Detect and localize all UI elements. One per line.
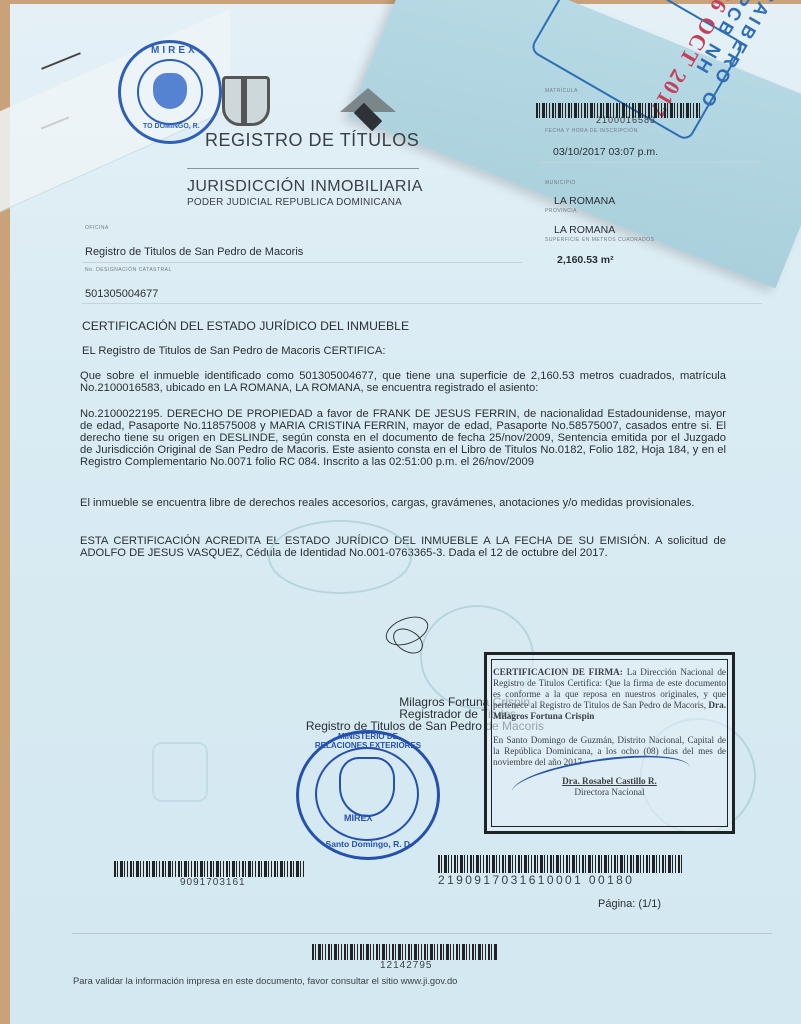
oficina-value: Registro de Titulos de San Pedro de Maco… [85,246,303,258]
barcode-left-number: 9091703161 [180,877,246,888]
municipio-label: MUNICIPIO [545,180,576,186]
designacion-value: 501305004677 [85,288,158,300]
fecha-label: FECHA Y HORA DE INSCRIPCIÓN [545,128,638,134]
provincia-label: PROVINCIA [545,208,577,214]
paragraph-property: Que sobre el inmueble identificado como … [80,370,726,394]
barcode-bottom [312,944,498,960]
barcode-right [438,855,684,873]
signature-certification-box: CERTIFICACION DE FIRMA: La Dirección Nac… [484,652,735,834]
barcode-right-number: 2190917031610001 00180 [438,873,634,887]
registry-title: REGISTRO DE TÍTULOS [205,130,419,151]
director-title: Directora Nacional [487,787,732,798]
fecha-value: 03/10/2017 03:07 p.m. [553,146,658,158]
certificate-heading: CERTIFICACIÓN DEL ESTADO JURÍDICO DEL IN… [82,319,409,333]
page-number: Página: (1/1) [598,898,661,910]
designacion-label: No. DESIGNACIÓN CATASTRAL [85,267,172,273]
barcode-left [114,861,304,877]
superficie-value: 2,160.53 m² [557,254,614,266]
field-divider [82,262,522,263]
field-divider [540,162,760,163]
jurisdiction-title: JURISDICCIÓN INMOBILIARIA [187,178,423,196]
paragraph-encumbrances: El inmueble se encuentra libre de derech… [80,497,726,509]
firma-text-1: CERTIFICACION DE FIRMA: La Dirección Nac… [493,667,726,722]
header-divider [187,168,419,169]
certificate-intro: EL Registro de Titulos de San Pedro de M… [82,345,385,357]
faint-watermark-seal [268,520,412,594]
oficina-label: OFICINA [85,225,109,231]
faint-coat-icon [152,742,208,802]
judicial-shield-icon [222,76,270,126]
director-name: Dra. Rosabel Castillo R. [487,776,732,787]
matricula-label: MATRÍCULA [545,88,578,94]
superficie-label: SUPERFICIE EN METROS CUADRADOS [545,237,654,243]
mirex-seal-top: MIREX TO DOMINGO, R. [118,40,222,144]
validation-footer: Para validar la información impresa en e… [73,975,457,986]
mirex-seal: MINISTERIO DE RELACIONES EXTERIORES MIRE… [296,730,440,860]
municipio-value: LA ROMANA [554,195,615,207]
provincia-value: LA ROMANA [554,224,615,236]
footer-divider [72,933,772,934]
coat-of-arms-icon [339,757,395,817]
paragraph-ownership: No.2100022195. DERECHO DE PROPIEDAD a fa… [80,408,726,468]
barcode-bottom-number: 12142795 [380,960,433,971]
field-divider [82,303,762,304]
matricula-number: 2100016583 [596,115,656,125]
coat-of-arms-icon [153,73,187,109]
judicial-power-subtitle: PODER JUDICIAL REPUBLICA DOMINICANA [187,197,402,208]
